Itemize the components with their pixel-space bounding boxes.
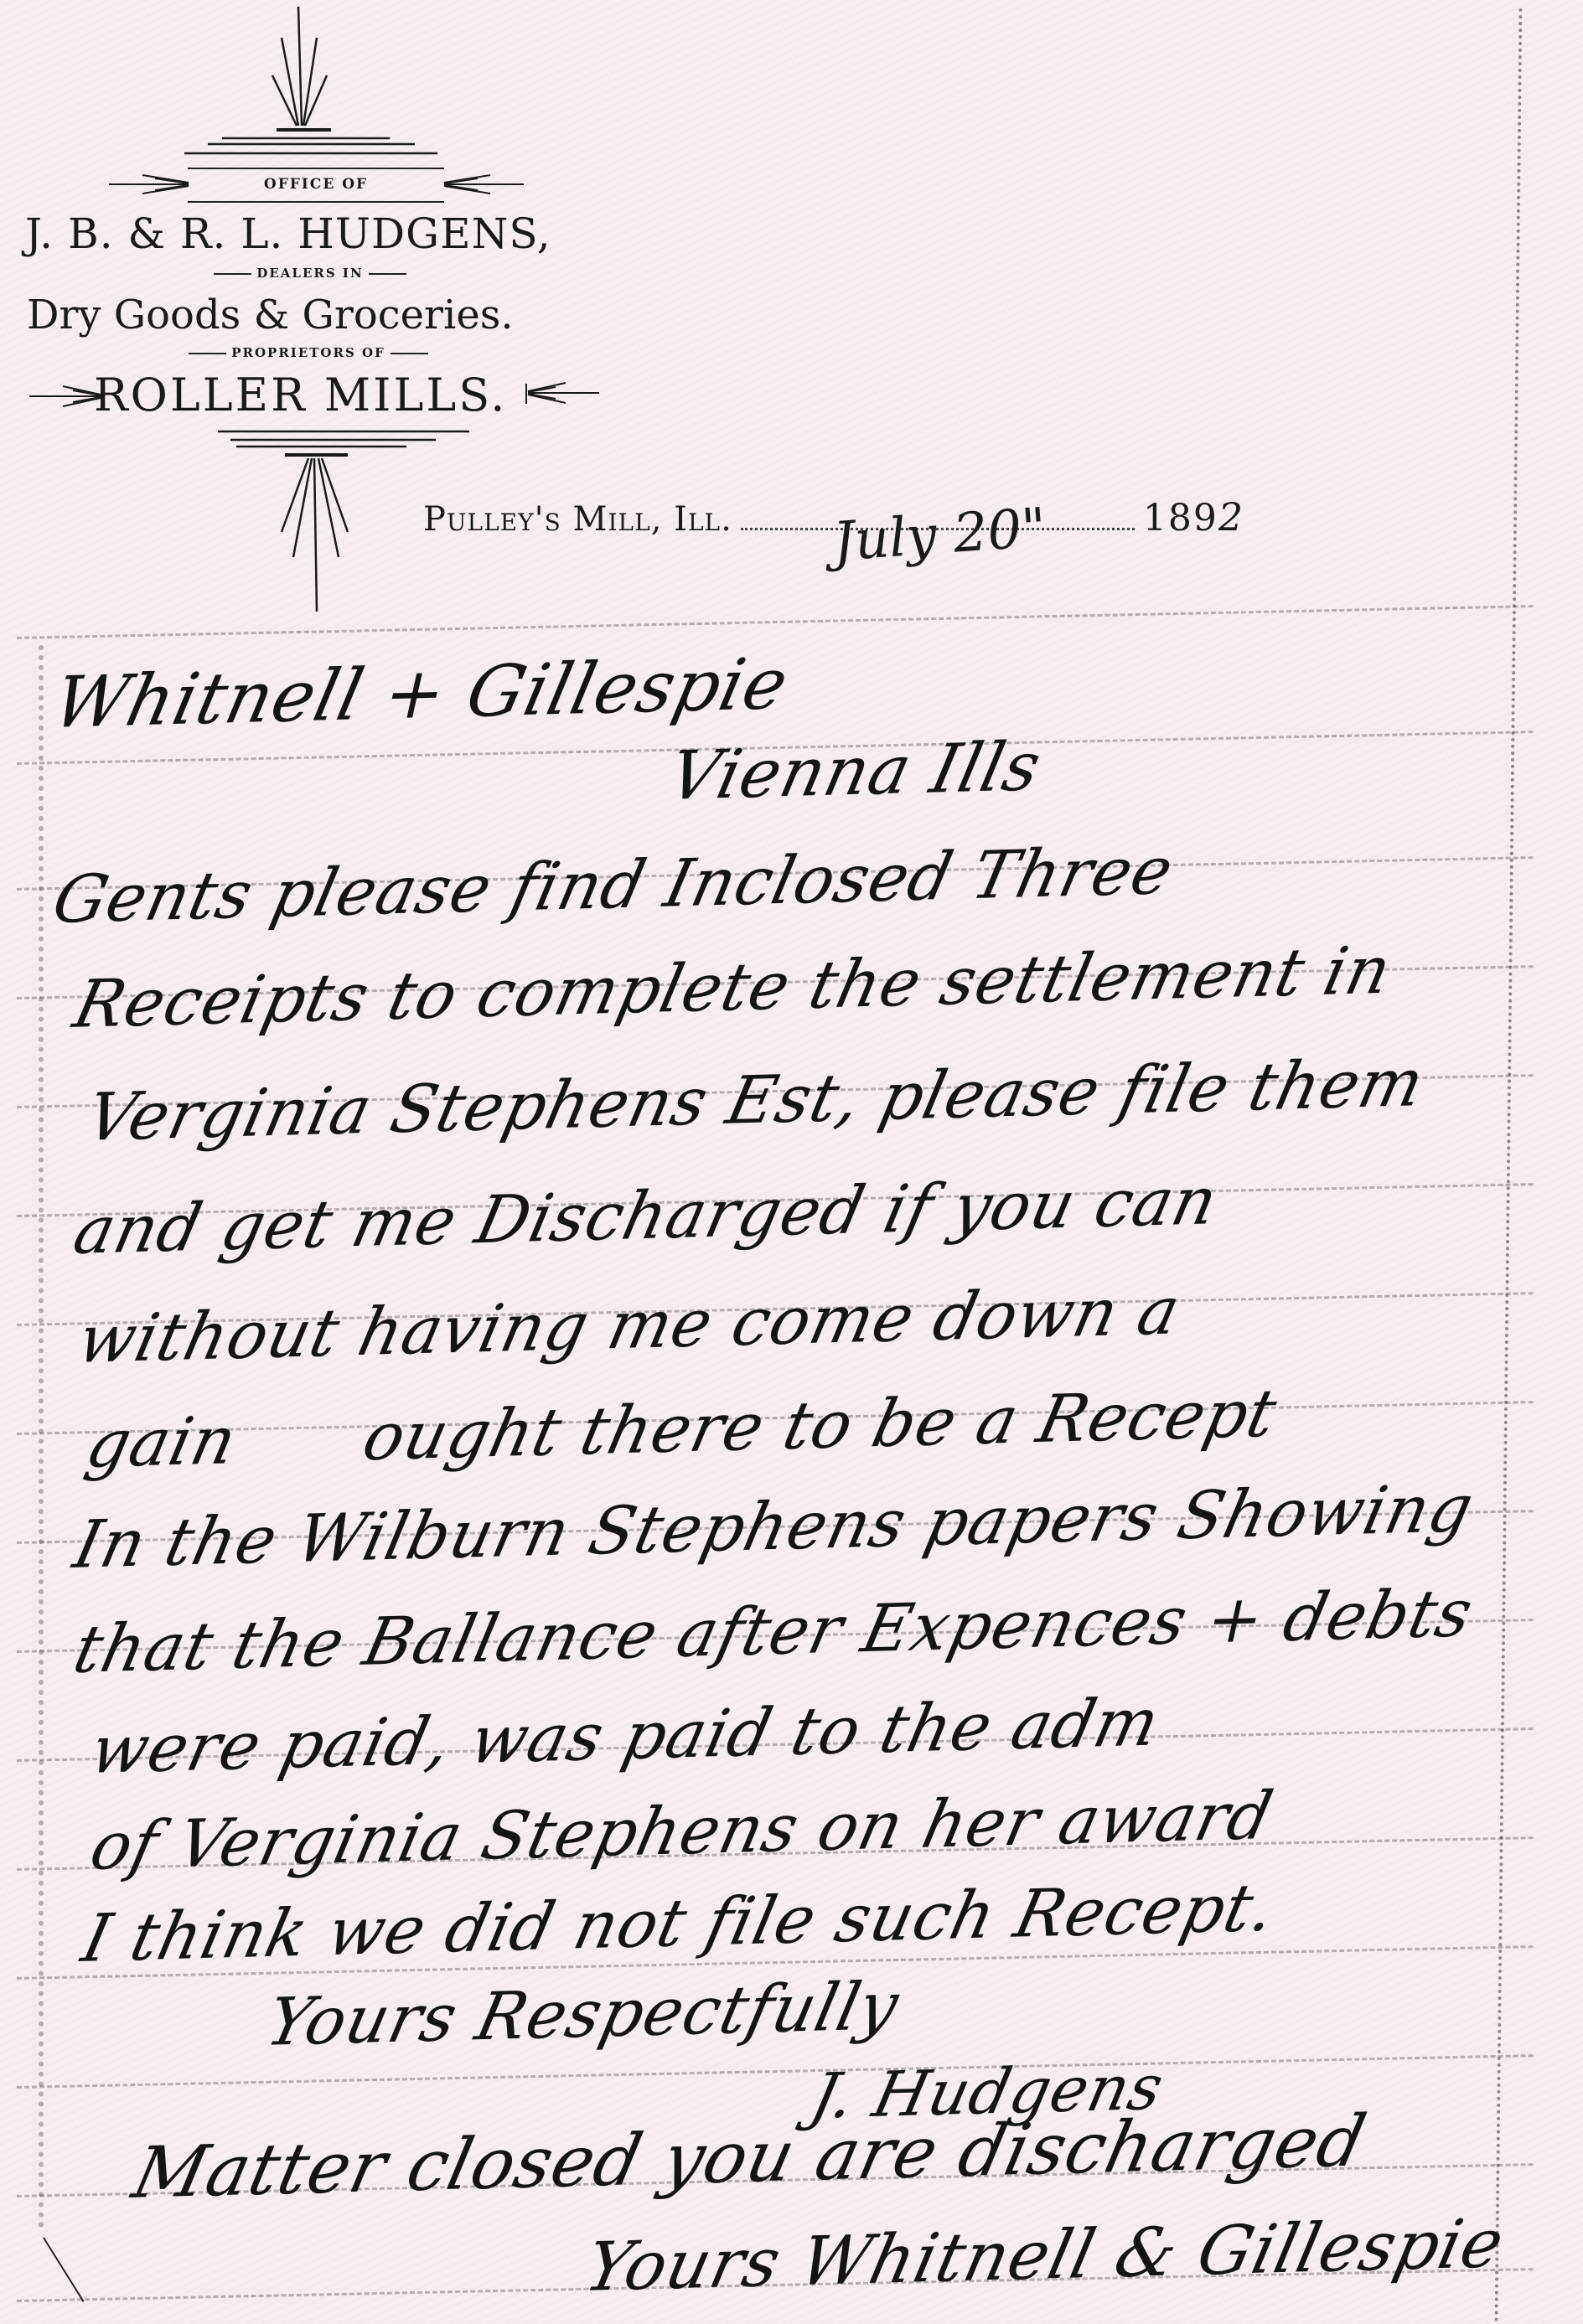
arrow-right-icon (524, 379, 599, 407)
addressee-location: Vienna Ills (662, 727, 1048, 815)
year-printed: 189 (1143, 497, 1218, 540)
arrow-left-icon (109, 172, 193, 197)
arrow-right-icon (440, 172, 524, 197)
goods-line: Dry Goods & Groceries. (27, 292, 514, 338)
roller-mills: ROLLER MILLS. (94, 369, 507, 421)
firm-name: J. B. & R. L. HUDGENS, (25, 209, 551, 258)
proprietors-of-label: PROPRIETORS OF (166, 345, 451, 360)
ornament-top-icon (17, 0, 603, 168)
date-dotted-line: July 20" (741, 528, 1135, 530)
place-name: Pulley's Mill, Ill. (423, 500, 732, 539)
office-of-label: OFFICE OF (236, 176, 396, 193)
dealers-in-label: DEALERS IN (184, 266, 436, 281)
year-handwritten: 2 (1218, 494, 1243, 540)
paper-left-margin (39, 645, 44, 2228)
dateline: Pulley's Mill, Ill.July 20"1892 (423, 494, 1243, 540)
